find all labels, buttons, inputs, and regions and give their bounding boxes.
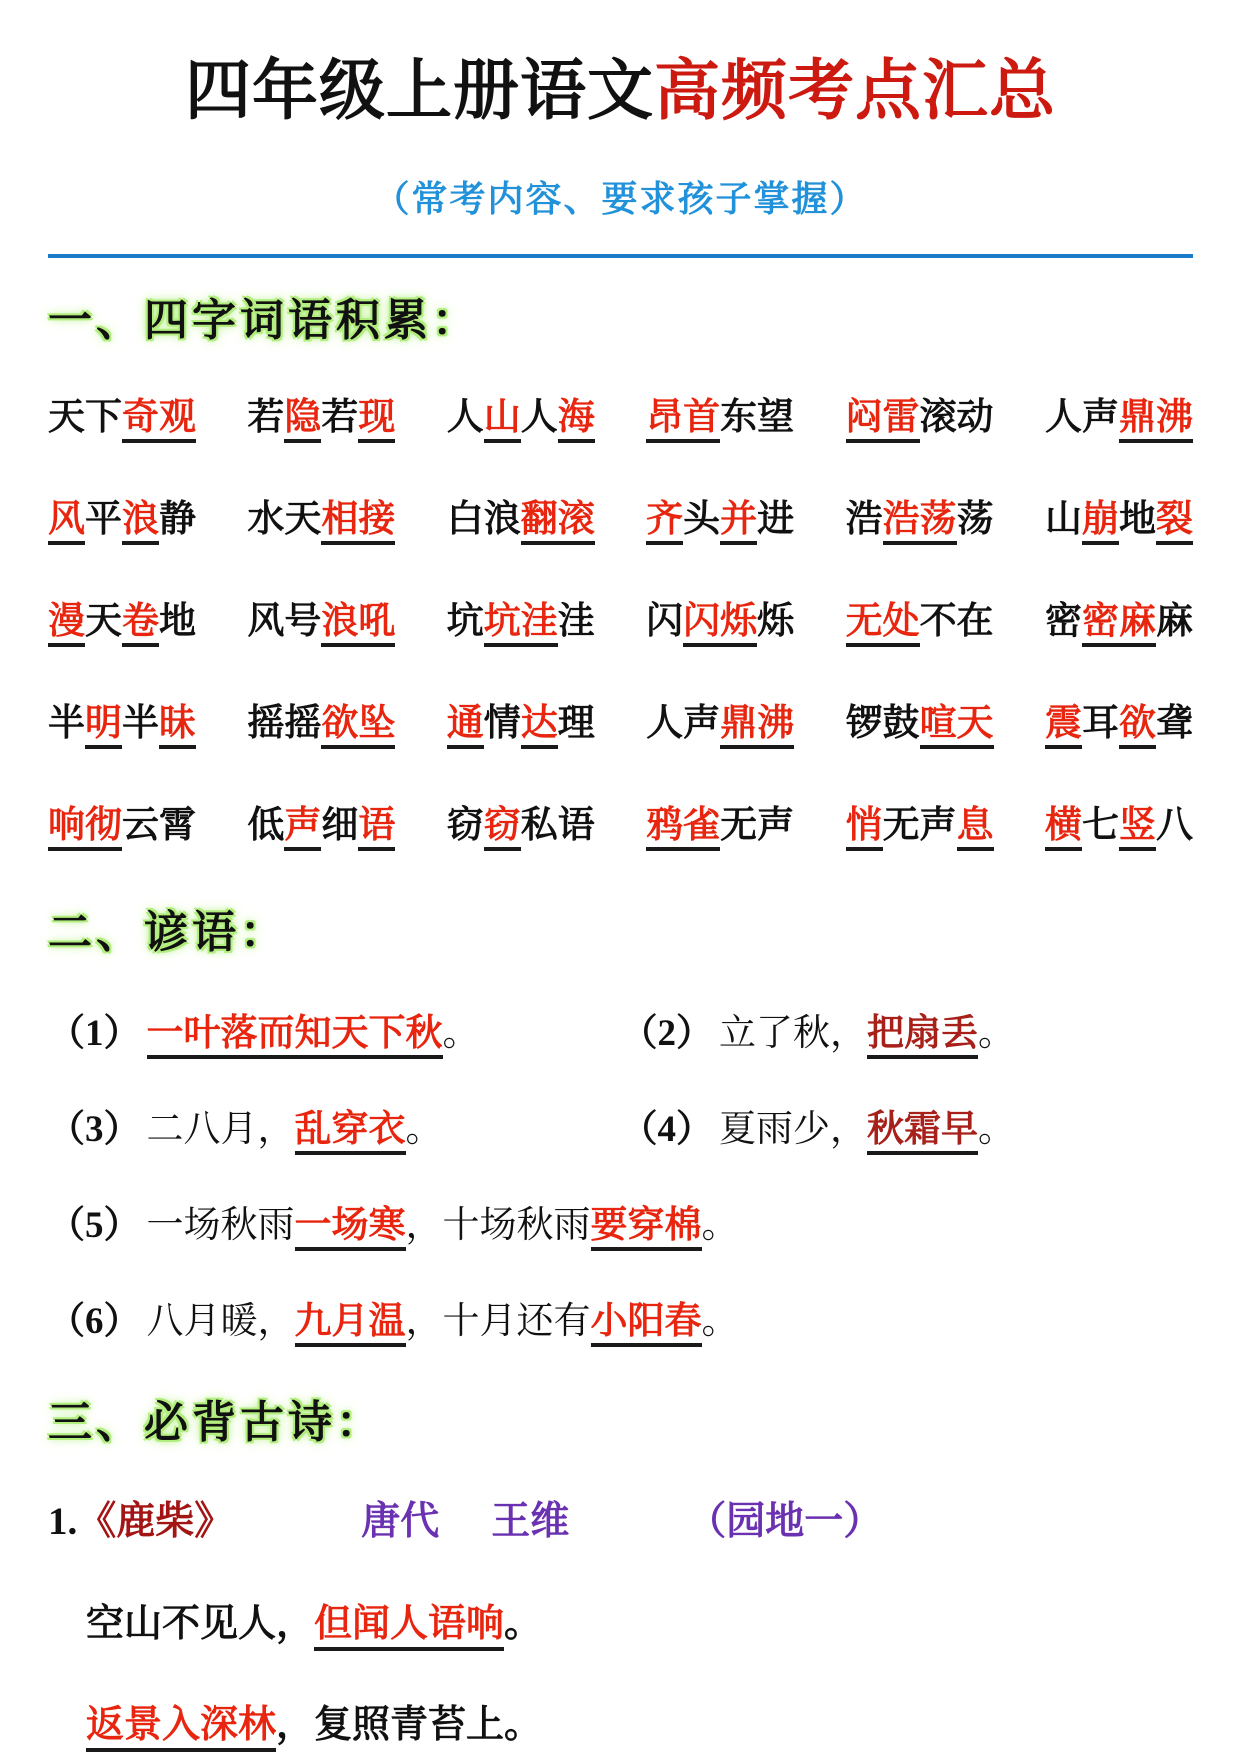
proverb-number: （6） (48, 1301, 141, 1342)
text-segment: 语 (358, 804, 395, 851)
text-segment: 静 (159, 499, 196, 540)
text-segment: 并 (720, 498, 757, 545)
poem-title: 《鹿柴》 (77, 1500, 233, 1543)
idiom: 坑坑洼洼 (447, 590, 595, 644)
text-segment: 地 (159, 601, 196, 642)
idiom: 白浪翻滚 (447, 488, 595, 542)
text-segment: 无声 (720, 805, 794, 846)
idiom: 密密麻麻 (1045, 590, 1193, 644)
divider-line (48, 254, 1193, 258)
text-segment: 滚动 (920, 397, 994, 438)
text-segment: 崩 (1082, 498, 1119, 545)
idiom: 响彻云霄 (48, 794, 196, 848)
text-segment: 通 (447, 702, 484, 749)
idiom: 风平浪静 (48, 488, 196, 542)
idiom: 天下奇观 (48, 386, 196, 440)
idiom-grid: 天下奇观若隐若现人山人海昂首东望闷雷滚动人声鼎沸风平浪静水天相接白浪翻滚齐头并进… (48, 386, 1193, 848)
idiom: 摇摇欲坠 (247, 692, 395, 746)
poem-header: 1.《鹿柴》唐代王维（园地一） (48, 1490, 1193, 1546)
text-segment: 八月暖， (147, 1301, 295, 1342)
idiom: 人声鼎沸 (646, 692, 794, 746)
text-segment: 隐 (284, 396, 321, 443)
idiom-row: 漫天卷地风号浪吼坑坑洼洼闪闪烁烁无处不在密密麻麻 (48, 590, 1193, 644)
text-segment: 浪 (122, 498, 159, 545)
text-segment: 昧 (159, 702, 196, 749)
poem-source: （园地一） (687, 1500, 882, 1543)
text-segment: 欲 (1119, 702, 1156, 749)
proverb-list: （1）一叶落而知天下秋。（2）立了秋，把扇丢。（3）二八月，乱穿衣。（4）夏雨少… (48, 1002, 1193, 1344)
text-segment: 七 (1082, 805, 1119, 846)
text-segment: 烁 (757, 601, 794, 642)
text-segment: 坑洼 (484, 600, 558, 647)
idiom: 人山人海 (447, 386, 595, 440)
text-segment: 。 (978, 1013, 1015, 1054)
idiom: 锣鼓喧天 (846, 692, 994, 746)
text-segment: 麻 (1156, 601, 1193, 642)
text-segment: 低 (247, 805, 284, 846)
text-segment: 复照青苔上。 (314, 1704, 542, 1746)
text-segment: 。 (978, 1109, 1015, 1150)
text-segment: 空山不见人， (86, 1603, 314, 1645)
idiom: 低声细语 (247, 794, 395, 848)
title-black-part: 四年级上册语文 (185, 55, 654, 128)
text-segment: 若 (321, 397, 358, 438)
idiom-row: 风平浪静水天相接白浪翻滚齐头并进浩浩荡荡山崩地裂 (48, 488, 1193, 542)
text-segment: 浩 (846, 499, 883, 540)
idiom: 悄无声息 (846, 794, 994, 848)
idiom: 人声鼎沸 (1045, 386, 1193, 440)
text-segment: 耳 (1082, 703, 1119, 744)
text-segment: 不在 (920, 601, 994, 642)
idiom: 窃窃私语 (447, 794, 595, 848)
idiom: 浩浩荡荡 (846, 488, 994, 542)
text-segment: 无处 (846, 600, 920, 647)
idiom: 齐头并进 (646, 488, 794, 542)
proverb-number: （2） (621, 1013, 714, 1054)
text-segment: 天下 (48, 397, 122, 438)
text-segment: 。 (702, 1205, 739, 1246)
text-segment: 海 (558, 396, 595, 443)
idiom: 通情达理 (447, 692, 595, 746)
text-segment: 鸦雀 (646, 804, 720, 851)
poem-line: 返景入深林，复照青苔上。 (86, 1693, 1193, 1748)
text-segment: 鼎沸 (720, 702, 794, 749)
text-segment: 半 (48, 703, 85, 744)
text-segment: 横 (1045, 804, 1082, 851)
text-segment: 竖 (1119, 804, 1156, 851)
text-segment: 秋霜早 (867, 1108, 978, 1155)
idiom: 山崩地裂 (1045, 488, 1193, 542)
text-segment: 八 (1156, 805, 1193, 846)
text-segment: 聋 (1156, 703, 1193, 744)
text-segment: 夏雨少， (719, 1109, 867, 1150)
text-segment: 。 (443, 1013, 480, 1054)
page-subtitle: （常考内容、要求孩子掌握） (48, 171, 1193, 222)
idiom: 无处不在 (846, 590, 994, 644)
text-segment: 一场秋雨 (147, 1205, 295, 1246)
text-segment: 息 (957, 804, 994, 851)
text-segment: ，十场秋雨 (406, 1205, 591, 1246)
text-segment: 现 (358, 396, 395, 443)
proverb-row: （3）二八月，乱穿衣。（4）夏雨少，秋霜早。 (48, 1098, 1193, 1152)
idiom: 漫天卷地 (48, 590, 196, 644)
text-segment: 达 (521, 702, 558, 749)
idiom: 半明半昧 (48, 692, 196, 746)
text-segment: 人声 (646, 703, 720, 744)
text-segment: 小阳春 (591, 1300, 702, 1347)
text-segment: 齐 (646, 498, 683, 545)
proverb-item: （1）一叶落而知天下秋。 (48, 1002, 621, 1056)
proverb-number: （5） (48, 1205, 141, 1246)
text-segment: 头 (683, 499, 720, 540)
proverb-item: （4）夏雨少，秋霜早。 (621, 1098, 1194, 1152)
text-segment: ， (276, 1704, 314, 1746)
text-segment: 昂首 (646, 396, 720, 443)
text-segment: 鼎沸 (1119, 396, 1193, 443)
text-segment: 人声 (1045, 397, 1119, 438)
idiom: 昂首东望 (646, 386, 794, 440)
text-segment: 。 (406, 1109, 443, 1150)
text-segment: 洼 (558, 601, 595, 642)
poem-author: 王维 (491, 1500, 569, 1543)
text-segment: 闪 (646, 601, 683, 642)
text-segment: 风 (48, 498, 85, 545)
text-segment: 一叶落而知天下秋 (147, 1012, 443, 1059)
text-segment: 人 (521, 397, 558, 438)
text-segment: 水天 (247, 499, 321, 540)
text-segment: 理 (558, 703, 595, 744)
idiom-row: 天下奇观若隐若现人山人海昂首东望闷雷滚动人声鼎沸 (48, 386, 1193, 440)
text-segment: 锣鼓 (846, 703, 920, 744)
text-segment: 人 (447, 397, 484, 438)
section-three-heading: 三、必背古诗： (48, 1386, 1193, 1450)
text-segment: 白浪 (447, 499, 521, 540)
text-segment: 乱穿衣 (295, 1108, 406, 1155)
proverb-row: （5）一场秋雨一场寒，十场秋雨要穿棉。 (48, 1194, 1193, 1248)
proverb-row: （1）一叶落而知天下秋。（2）立了秋，把扇丢。 (48, 1002, 1193, 1056)
text-segment: 喧天 (920, 702, 994, 749)
text-segment: 。 (702, 1301, 739, 1342)
text-segment: 私语 (521, 805, 595, 846)
text-segment: 卷 (122, 600, 159, 647)
idiom: 若隐若现 (247, 386, 395, 440)
text-segment: 漫 (48, 600, 85, 647)
idiom: 风号浪吼 (247, 590, 395, 644)
proverb-number: （1） (48, 1013, 141, 1054)
text-segment: 响彻 (48, 804, 122, 851)
text-segment: 山 (484, 396, 521, 443)
text-segment: 奇观 (122, 396, 196, 443)
poem-number: 1. (48, 1500, 77, 1543)
idiom: 闪闪烁烁 (646, 590, 794, 644)
text-segment: 。 (504, 1603, 542, 1645)
text-segment: 山 (1045, 499, 1082, 540)
text-segment: 进 (757, 499, 794, 540)
text-segment: 密麻 (1082, 600, 1156, 647)
text-segment: 二八月， (147, 1109, 295, 1150)
text-segment: 返景入深林 (86, 1704, 276, 1752)
text-segment: 半 (122, 703, 159, 744)
poem-line: 空山不见人，但闻人语响。 (86, 1592, 1193, 1647)
text-segment: 摇摇 (247, 703, 321, 744)
poem-lines: 空山不见人，但闻人语响。返景入深林，复照青苔上。 (48, 1592, 1193, 1748)
page-title: 四年级上册语文高频考点汇总 (48, 56, 1193, 129)
section-two-heading: 二、谚语： (48, 896, 1193, 960)
worksheet-page: 四年级上册语文高频考点汇总 （常考内容、要求孩子掌握） 一、四字词语积累： 天下… (0, 0, 1241, 1754)
text-segment: ，十月还有 (406, 1301, 591, 1342)
idiom-row: 响彻云霄低声细语窃窃私语鸦雀无声悄无声息横七竖八 (48, 794, 1193, 848)
proverb-row: （6）八月暖，九月温，十月还有小阳春。 (48, 1290, 1193, 1344)
text-segment: 窃 (484, 804, 521, 851)
proverb-item: （2）立了秋，把扇丢。 (621, 1002, 1194, 1056)
poem-dynasty: 唐代 (361, 1500, 439, 1543)
proverb-number: （4） (621, 1109, 714, 1150)
text-segment: 平 (85, 499, 122, 540)
proverb-item: （6）八月暖，九月温，十月还有小阳春。 (48, 1290, 739, 1344)
text-segment: 裂 (1156, 498, 1193, 545)
text-segment: 窃 (447, 805, 484, 846)
text-segment: 荡 (957, 499, 994, 540)
text-segment: 明 (85, 702, 122, 749)
idiom: 闷雷滚动 (846, 386, 994, 440)
text-segment: 细 (321, 805, 358, 846)
text-segment: 立了秋， (719, 1013, 867, 1054)
text-segment: 浪吼 (321, 600, 395, 647)
text-segment: 闪烁 (683, 600, 757, 647)
idiom: 水天相接 (247, 488, 395, 542)
text-segment: 欲坠 (321, 702, 395, 749)
idiom: 震耳欲聋 (1045, 692, 1193, 746)
text-segment: 翻滚 (521, 498, 595, 545)
proverb-item: （5）一场秋雨一场寒，十场秋雨要穿棉。 (48, 1194, 739, 1248)
text-segment: 一场寒 (295, 1204, 406, 1251)
text-segment: 但闻人语响 (314, 1603, 504, 1651)
text-segment: 地 (1119, 499, 1156, 540)
text-segment: 要穿棉 (591, 1204, 702, 1251)
text-segment: 声 (284, 804, 321, 851)
title-red-part: 高频考点汇总 (654, 55, 1056, 128)
idiom: 鸦雀无声 (646, 794, 794, 848)
text-segment: 东望 (720, 397, 794, 438)
text-segment: 云霄 (122, 805, 196, 846)
text-segment: 密 (1045, 601, 1082, 642)
idiom-row: 半明半昧摇摇欲坠通情达理人声鼎沸锣鼓喧天震耳欲聋 (48, 692, 1193, 746)
text-segment: 把扇丢 (867, 1012, 978, 1059)
section-one-heading: 一、四字词语积累： (48, 284, 1193, 348)
text-segment: 坑 (447, 601, 484, 642)
text-segment: 风号 (247, 601, 321, 642)
text-segment: 天 (85, 601, 122, 642)
text-segment: 相接 (321, 498, 395, 545)
proverb-number: （3） (48, 1109, 141, 1150)
text-segment: 九月温 (295, 1300, 406, 1347)
proverb-item: （3）二八月，乱穿衣。 (48, 1098, 621, 1152)
text-segment: 无声 (883, 805, 957, 846)
text-segment: 震 (1045, 702, 1082, 749)
text-segment: 若 (247, 397, 284, 438)
idiom: 横七竖八 (1045, 794, 1193, 848)
text-segment: 闷雷 (846, 396, 920, 443)
text-segment: 情 (484, 703, 521, 744)
text-segment: 悄 (846, 804, 883, 851)
text-segment: 浩荡 (883, 498, 957, 545)
